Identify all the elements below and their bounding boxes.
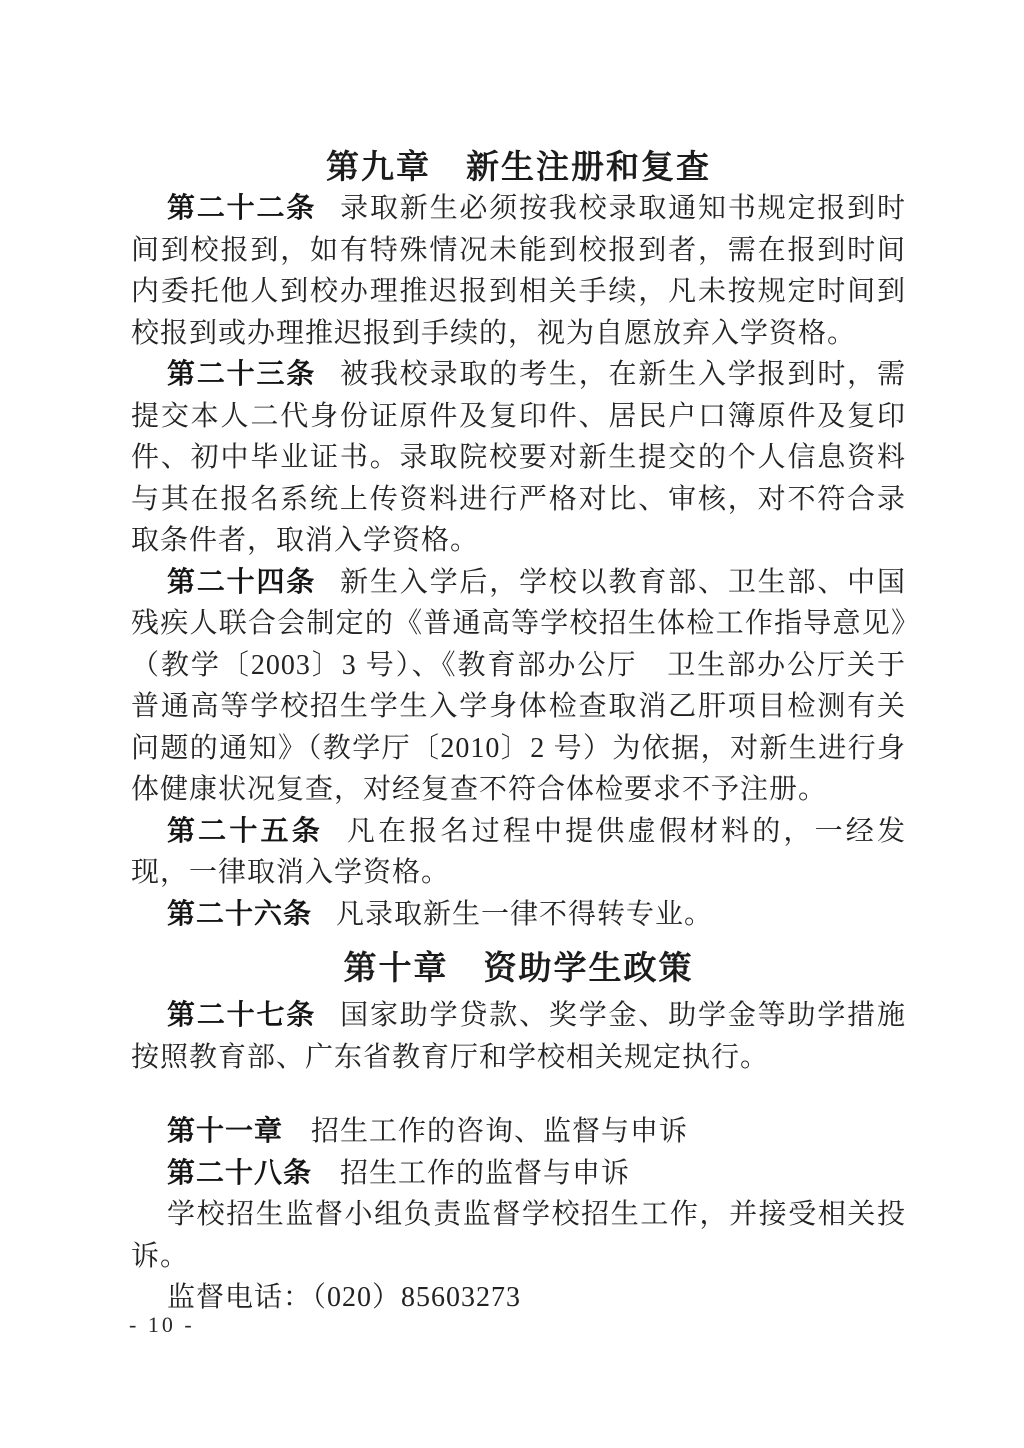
article-25-label: 第二十五条: [167, 816, 323, 847]
supervision-phone-line: 监督电话：（020）85603273: [131, 1277, 906, 1319]
article-24-paragraph: 第二十四条新生入学后，学校以教育部、卫生部、中国残疾人联合会制定的《普通高等学校…: [131, 562, 906, 811]
page-number: - 10 -: [129, 1312, 195, 1338]
article-28-label: 第二十八条: [167, 1158, 312, 1189]
article-26-paragraph: 第二十六条凡录取新生一律不得转专业。: [131, 894, 906, 936]
article-22-label: 第二十二条: [167, 193, 316, 224]
article-24-label: 第二十四条: [167, 567, 316, 598]
article-22-paragraph: 第二十二条录取新生必须按我校录取通知书规定报到时间到校报到，如有特殊情况未能到校…: [131, 188, 906, 354]
chapter-9-heading: 第九章 新生注册和复查: [131, 146, 906, 188]
article-28-text: 招生工作的监督与申诉: [340, 1158, 630, 1189]
article-27-paragraph: 第二十七条国家助学贷款、奖学金、助学金等助学措施按照教育部、广东省教育厅和学校相…: [131, 995, 906, 1078]
article-24-text: 新生入学后，学校以教育部、卫生部、中国残疾人联合会制定的《普通高等学校招生体检工…: [131, 567, 906, 806]
article-28-line: 第二十八条招生工作的监督与申诉: [131, 1153, 906, 1195]
article-23-label: 第二十三条: [167, 359, 316, 390]
chapter-10-heading: 第十章 资助学生政策: [131, 947, 906, 989]
supervision-phone-text: 监督电话：（020）85603273: [167, 1282, 521, 1313]
article-26-text: 凡录取新生一律不得转专业。: [336, 899, 713, 930]
article-25-paragraph: 第二十五条凡在报名过程中提供虚假材料的，一经发现，一律取消入学资格。: [131, 811, 906, 894]
chapter-11-heading-line: 第十一章招生工作的咨询、监督与申诉: [131, 1111, 906, 1153]
article-27-label: 第二十七条: [167, 1000, 316, 1031]
article-26-label: 第二十六条: [167, 899, 312, 930]
page-content: 第九章 新生注册和复查 第二十二条录取新生必须按我校录取通知书规定报到时间到校报…: [131, 146, 906, 1319]
article-23-paragraph: 第二十三条被我校录取的考生，在新生入学报到时，需提交本人二代身份证原件及复印件、…: [131, 354, 906, 562]
chapter-11-body-paragraph: 学校招生监督小组负责监督学校招生工作，并接受相关投诉。: [131, 1194, 906, 1277]
document-page: 第九章 新生注册和复查 第二十二条录取新生必须按我校录取通知书规定报到时间到校报…: [0, 0, 1024, 1448]
chapter-11-heading-text: 招生工作的咨询、监督与申诉: [311, 1116, 688, 1147]
chapter-11-label: 第十一章: [167, 1116, 283, 1147]
section-spacer: [131, 1078, 906, 1111]
chapter-11-body-text: 学校招生监督小组负责监督学校招生工作，并接受相关投诉。: [131, 1199, 906, 1272]
